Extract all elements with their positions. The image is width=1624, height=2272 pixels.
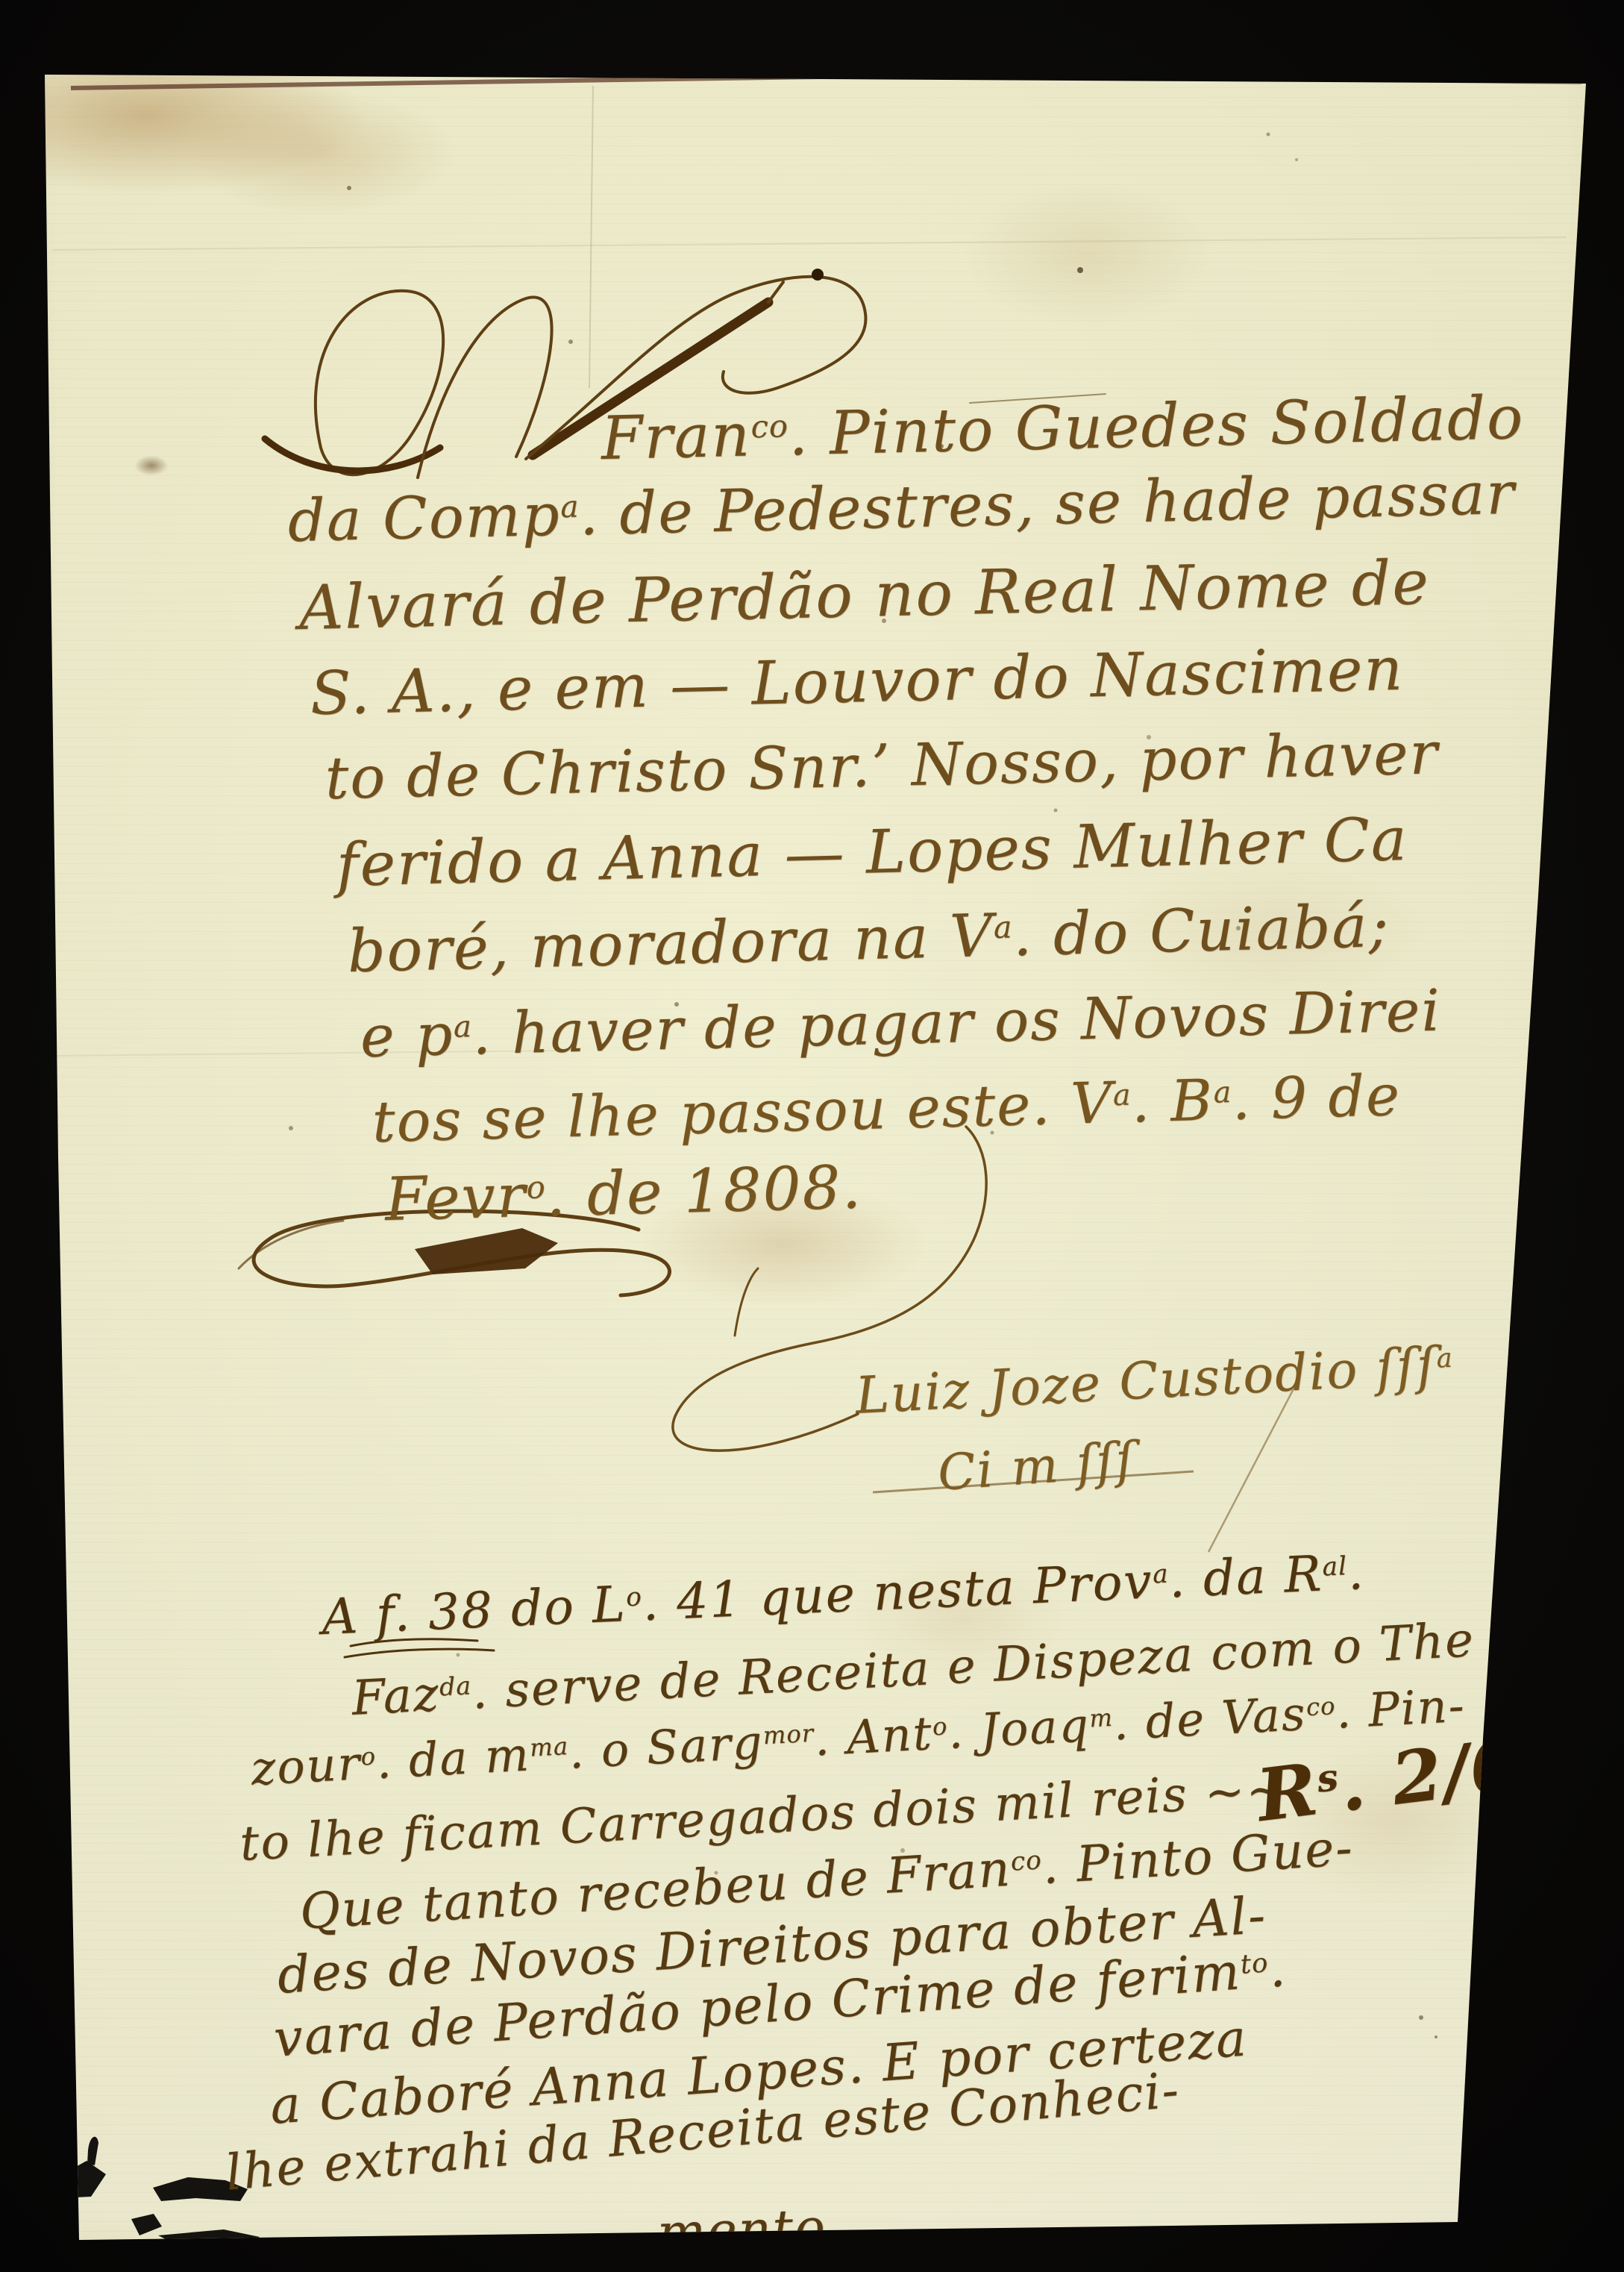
crease xyxy=(52,237,1567,250)
text-line-6: ferido a Anna — Lopes Mulher Ca xyxy=(336,810,1408,895)
receipt-line-10: mento xyxy=(656,2203,827,2259)
ink-blot xyxy=(415,1228,558,1274)
text-line-2: da Compa. de Pedestres, se hade passar xyxy=(287,465,1516,551)
paper: Franco. Pinto Guedes Soldadoda Compa. de… xyxy=(0,0,1624,2272)
text-line-4: S. A., e em — Louvor do Nascimen xyxy=(310,639,1405,724)
text-line-3: Alvará de Perdão no Real Nome de xyxy=(298,553,1431,639)
text-line-7: boré, moradora na Va. do Cuiabá; xyxy=(347,897,1391,981)
crease xyxy=(589,86,593,388)
manuscript-scan: Franco. Pinto Guedes Soldadoda Compa. de… xyxy=(0,0,1624,2272)
paper-edge-shadow xyxy=(71,75,970,88)
text-line-5: to de Christo Snr.’ Nosso, por haver xyxy=(325,725,1439,808)
signature-line: Luiz Joze Custodio ſſſa xyxy=(854,1340,1455,1422)
signature-paraph: Ci m ſſſ xyxy=(936,1435,1137,1498)
text-line-10: Fevro. de 1808. xyxy=(384,1157,863,1230)
paper-edge-shadow xyxy=(970,75,1581,84)
text-line-1: Franco. Pinto Guedes Soldado xyxy=(601,388,1525,469)
text-line-8: e pa. haver de pagar os Novos Direi xyxy=(360,983,1442,1066)
text-line-9: tos se lhe passou este. Va. Ba. 9 de xyxy=(371,1067,1402,1151)
